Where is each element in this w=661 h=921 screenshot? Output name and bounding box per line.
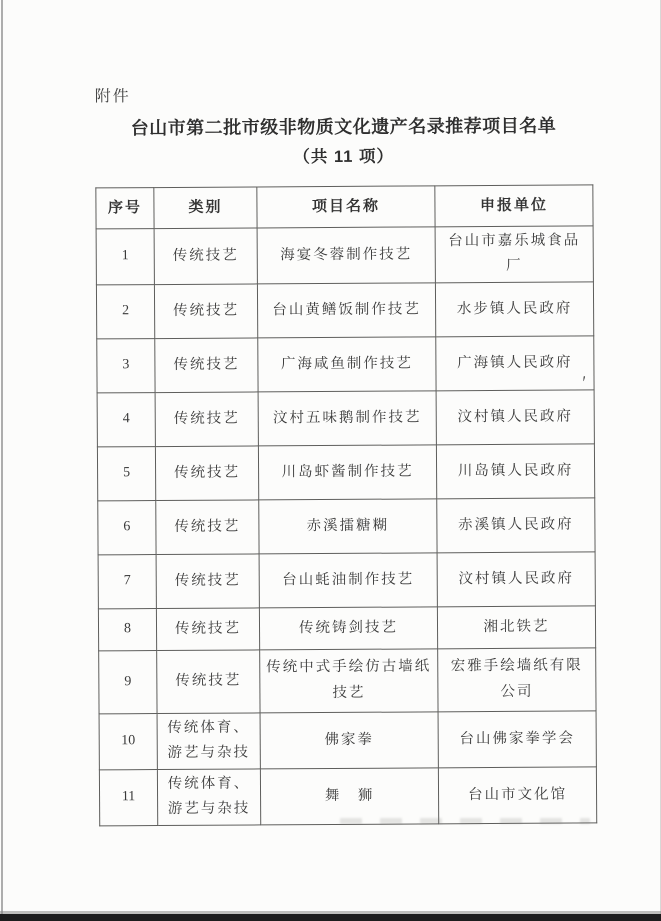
cell-project-name: 汶村五味鹅制作技艺 <box>258 391 436 446</box>
cell-serial-number: 9 <box>99 650 157 713</box>
cell-category: 传统技艺 <box>155 338 258 393</box>
cell-category: 传统体育、游艺与杂技 <box>157 769 260 826</box>
cell-category: 传统技艺 <box>155 392 258 447</box>
table-row: 1 传统技艺 海宴冬蓉制作技艺 台山市嘉乐城食品厂 <box>96 226 593 285</box>
table-row: 10 传统体育、游艺与杂技 佛家拳 台山佛家拳学会 <box>99 711 596 770</box>
table-row: 3 传统技艺 广海咸鱼制作技艺 广海镇人民政府 <box>97 336 594 393</box>
cell-applicant-unit: 汶村镇人民政府 <box>437 552 595 607</box>
attachment-label: 附件 <box>95 83 131 106</box>
cell-serial-number: 11 <box>99 769 157 825</box>
table-row: 8 传统技艺 传统铸剑技艺 湘北铁艺 <box>98 606 595 651</box>
cell-category: 传统技艺 <box>156 500 259 555</box>
projects-table: 序号 类别 项目名称 申报单位 1 传统技艺 海宴冬蓉制作技艺 台山市嘉乐城食品… <box>95 184 597 826</box>
cell-project-name: 台山蚝油制作技艺 <box>259 553 437 608</box>
cell-serial-number: 4 <box>97 392 155 446</box>
cell-project-name: 川岛虾酱制作技艺 <box>258 445 436 500</box>
cell-applicant-unit: 宏雅手绘墙纸有限公司 <box>438 648 596 712</box>
cell-applicant-unit: 赤溪镇人民政府 <box>437 498 595 553</box>
cell-serial-number: 5 <box>97 446 155 500</box>
document-title: 台山市第二批市级非物质文化遗产名录推荐项目名单 <box>95 111 592 140</box>
cell-project-name: 广海咸鱼制作技艺 <box>258 337 436 392</box>
page-left-edge-shadow <box>1 0 3 921</box>
cell-category: 传统体育、游艺与杂技 <box>157 713 260 770</box>
table-row: 9 传统技艺 传统中式手绘仿古墙纸技艺 宏雅手绘墙纸有限公司 <box>99 648 596 714</box>
cell-applicant-unit: 汶村镇人民政府 <box>436 390 594 445</box>
cell-project-name: 佛家拳 <box>260 712 438 769</box>
header-category: 类别 <box>154 187 257 229</box>
cell-applicant-unit: 水步镇人民政府 <box>435 282 593 337</box>
cell-project-name: 赤溪擂糖糊 <box>259 499 437 554</box>
table-row: 2 传统技艺 台山黄鳝饭制作技艺 水步镇人民政府 <box>96 282 593 339</box>
page-bottom-edge-shadow <box>0 914 661 921</box>
cell-serial-number: 7 <box>98 554 156 608</box>
cell-serial-number: 1 <box>96 229 154 285</box>
cell-category: 传统技艺 <box>156 608 259 651</box>
table-row: 7 传统技艺 台山蚝油制作技艺 汶村镇人民政府 <box>98 552 595 609</box>
header-serial-number: 序号 <box>96 188 154 229</box>
cell-category: 传统技艺 <box>156 554 259 609</box>
cell-serial-number: 2 <box>96 284 154 338</box>
cell-applicant-unit: 湘北铁艺 <box>437 606 595 649</box>
cell-project-name: 海宴冬蓉制作技艺 <box>257 227 435 284</box>
cell-project-name: 传统中式手绘仿古墙纸技艺 <box>260 649 438 713</box>
cell-serial-number: 6 <box>98 500 156 554</box>
table-row: 5 传统技艺 川岛虾酱制作技艺 川岛镇人民政府 <box>97 444 594 501</box>
scan-smudge <box>340 818 590 824</box>
table-row: 6 传统技艺 赤溪擂糖糊 赤溪镇人民政府 <box>98 498 595 555</box>
cell-category: 传统技艺 <box>157 650 260 714</box>
cell-applicant-unit: 台山市嘉乐城食品厂 <box>435 226 593 283</box>
cell-applicant-unit: 台山市文化馆 <box>438 767 596 824</box>
cell-applicant-unit: 台山佛家拳学会 <box>438 711 596 768</box>
table-header-row: 序号 类别 项目名称 申报单位 <box>96 185 593 229</box>
cell-serial-number: 3 <box>97 338 155 392</box>
document-content: 附件 台山市第二批市级非物质文化遗产名录推荐项目名单 （共 11 项） 序号 类… <box>0 0 661 921</box>
cell-applicant-unit: 川岛镇人民政府 <box>436 444 594 499</box>
table-row: 11 传统体育、游艺与杂技 舞 狮 台山市文化馆 <box>99 767 596 826</box>
cell-category: 传统技艺 <box>154 228 257 284</box>
scanned-document-page: { "page": { "attachment_label": "附件", "t… <box>0 0 661 921</box>
cell-project-name: 传统铸剑技艺 <box>259 607 437 650</box>
cell-category: 传统技艺 <box>155 446 258 501</box>
cell-serial-number: 8 <box>98 608 156 650</box>
cell-serial-number: 10 <box>99 713 157 769</box>
cell-project-name: 台山黄鳝饭制作技艺 <box>257 283 435 338</box>
document-subtitle: （共 11 项） <box>95 141 592 168</box>
cell-applicant-unit: 广海镇人民政府 <box>436 336 594 391</box>
table-row: 4 传统技艺 汶村五味鹅制作技艺 汶村镇人民政府 <box>97 390 594 447</box>
cell-category: 传统技艺 <box>154 284 257 339</box>
table-body: 1 传统技艺 海宴冬蓉制作技艺 台山市嘉乐城食品厂 2 传统技艺 台山黄鳝饭制作… <box>96 226 597 826</box>
header-project-name: 项目名称 <box>257 186 435 228</box>
header-applicant-unit: 申报单位 <box>435 185 593 227</box>
cell-project-name: 舞 狮 <box>260 768 438 825</box>
